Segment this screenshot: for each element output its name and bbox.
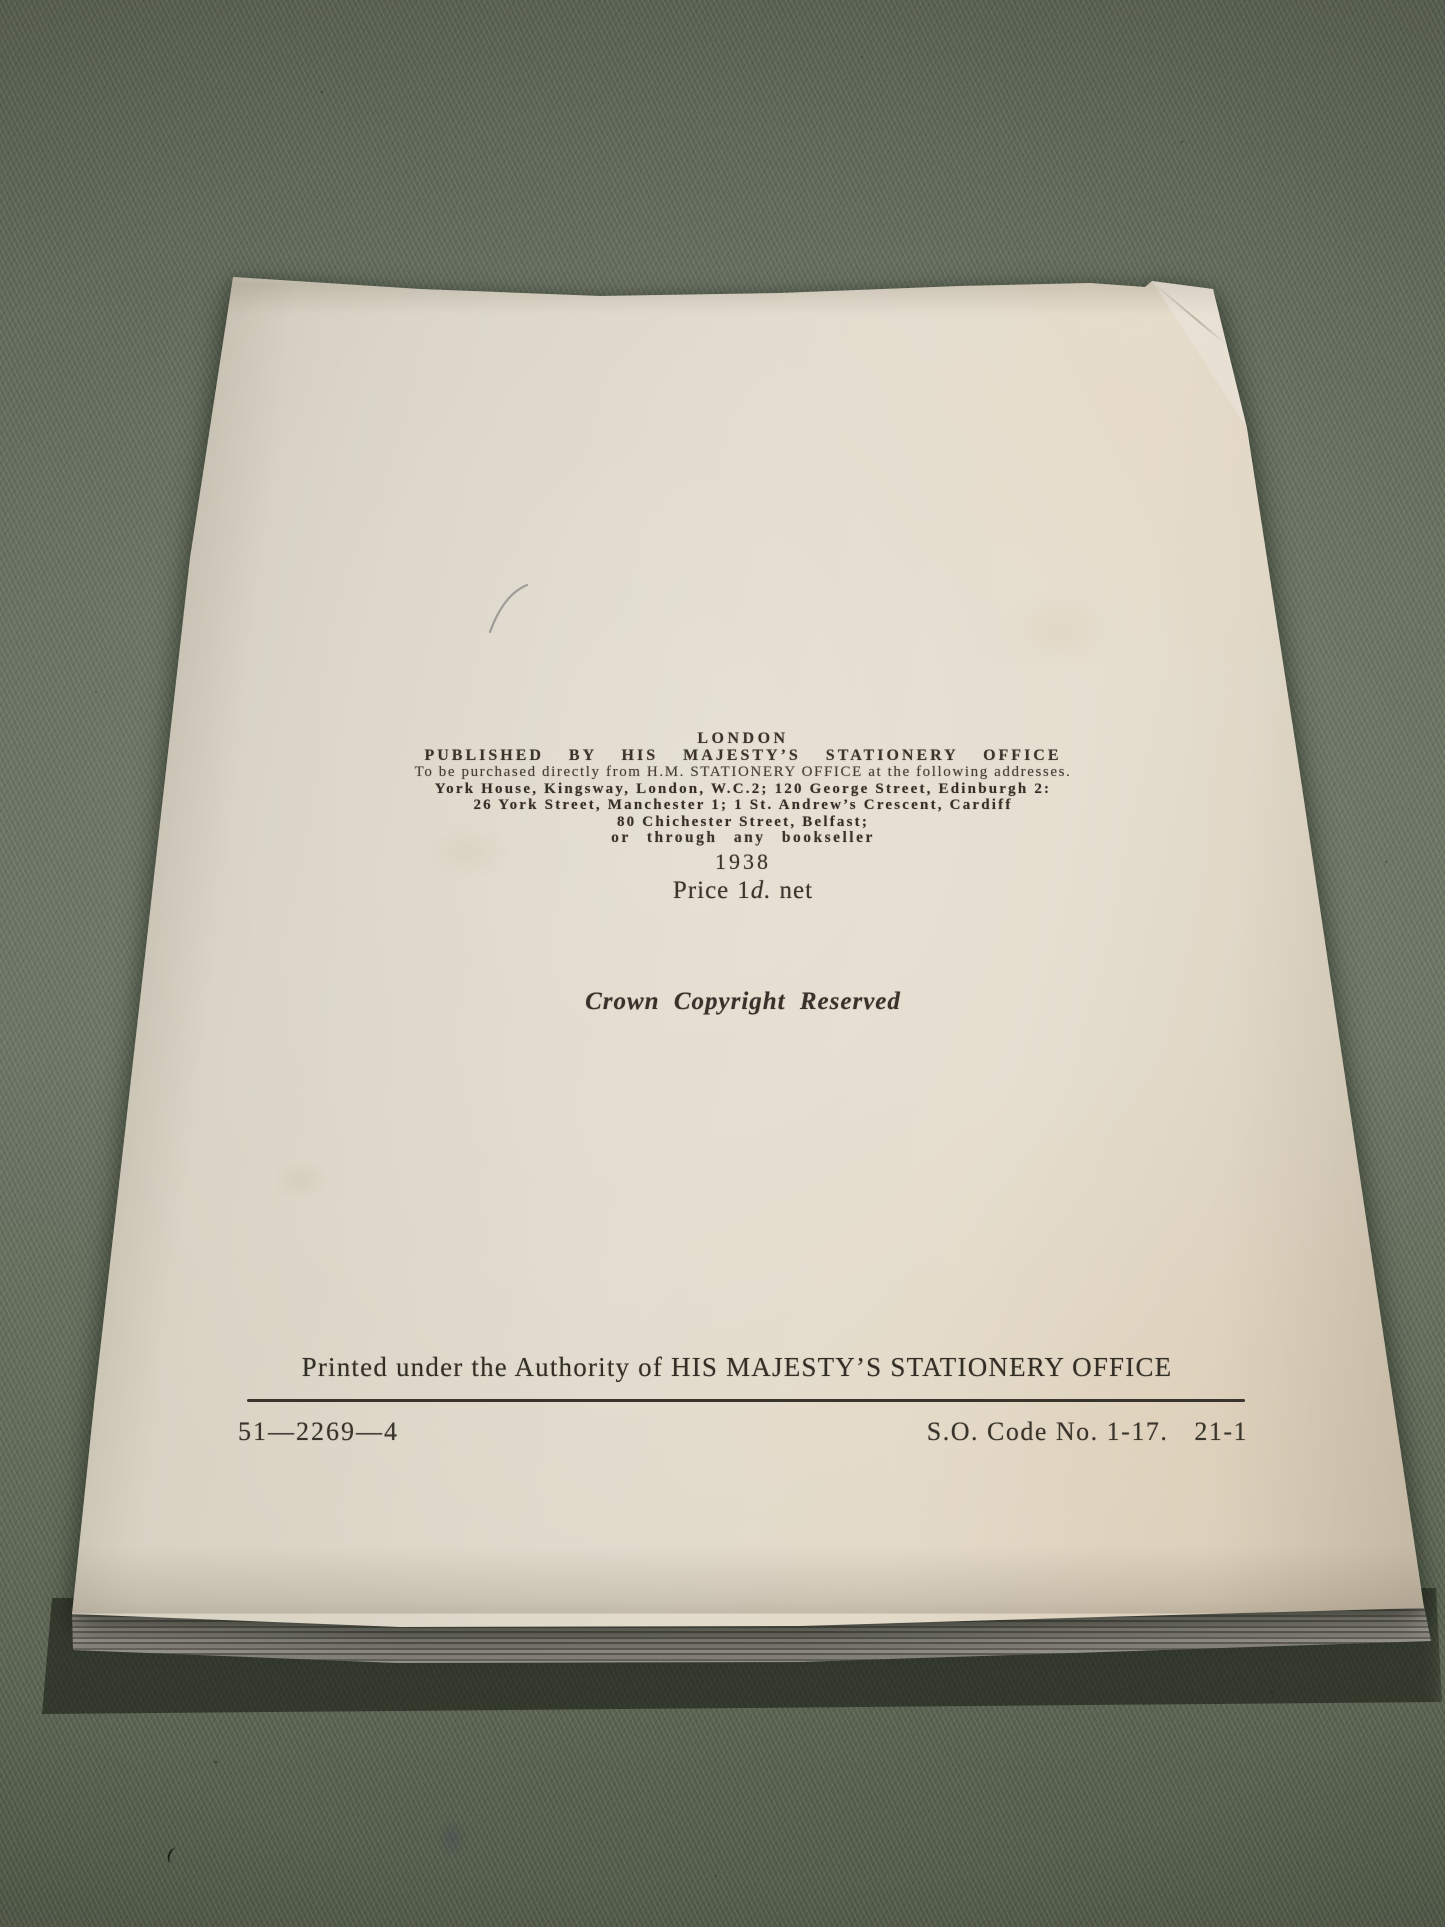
imprint-purchase-note: To be purchased directly from H.M. STATI…	[415, 764, 1072, 781]
so-code: S.O. Code No. 1-17.	[927, 1417, 1169, 1446]
copyright-line: Crown Copyright Reserved	[585, 988, 901, 1016]
booklet: LONDON PUBLISHED BY HIS MAJESTY’S STATIO…	[0, 0, 1445, 1927]
imprint-city: LONDON	[415, 731, 1072, 748]
publication-year: 1938	[715, 849, 771, 875]
authority-line: Printed under the Authority of HIS MAJES…	[302, 1352, 1173, 1383]
print-code: 51—2269—4	[238, 1417, 399, 1447]
imprint-bookseller: or through any bookseller	[415, 830, 1072, 847]
imprint-publisher: PUBLISHED BY HIS MAJESTY’S STATIONERY OF…	[415, 748, 1072, 765]
price-pence: d.	[751, 877, 772, 904]
price-line: Price1d.net	[673, 877, 813, 905]
batch-code: 21-1	[1194, 1417, 1248, 1446]
corner-crease-line	[1151, 281, 1305, 411]
price-label: Price	[673, 877, 729, 904]
pencil-mark	[478, 558, 538, 640]
imprint-address-1: York House, Kingsway, London, W.C.2; 120…	[415, 781, 1072, 798]
corner-crease	[0, 0, 1445, 1927]
so-code-line: S.O. Code No. 1-17.21-1	[927, 1417, 1248, 1447]
price-amount: 1	[737, 877, 751, 904]
photograph: LONDON PUBLISHED BY HIS MAJESTY’S STATIO…	[0, 0, 1445, 1927]
price-suffix: net	[780, 877, 814, 904]
imprint-address-2: 26 York Street, Manchester 1; 1 St. Andr…	[415, 797, 1072, 814]
divider-rule	[247, 1399, 1245, 1402]
back-cover: LONDON PUBLISHED BY HIS MAJESTY’S STATIO…	[0, 0, 1445, 1927]
imprint-block: LONDON PUBLISHED BY HIS MAJESTY’S STATIO…	[415, 731, 1072, 847]
imprint-address-3: 80 Chichester Street, Belfast;	[415, 814, 1072, 831]
